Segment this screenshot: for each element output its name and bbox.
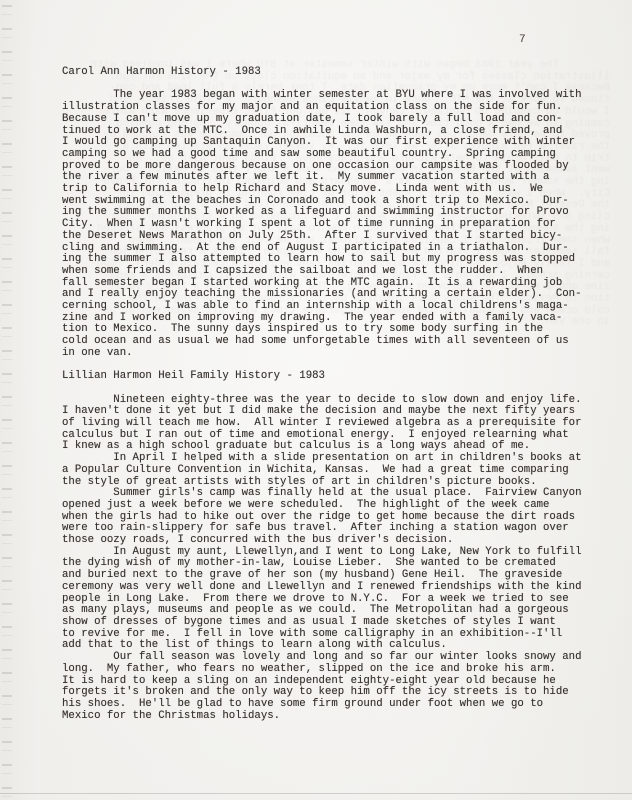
document-content: Carol Ann Harmon History - 1983 The year…: [62, 67, 607, 722]
section-heading: Lillian Harmon Heil Family History - 198…: [62, 371, 607, 383]
section-lillian-harmon-heil-history: Lillian Harmon Heil Family History - 198…: [62, 371, 607, 722]
paragraph: Our fall season was lovely and long and …: [62, 652, 607, 722]
section-heading: Carol Ann Harmon History - 1983: [62, 67, 607, 79]
paragraph: In August my aunt, Llewellyn,and I went …: [62, 547, 607, 652]
paragraph: The year 1983 began with winter semester…: [62, 90, 607, 359]
paragraph: Nineteen eighty-three was the year to de…: [62, 395, 607, 454]
document-page: The year 1983 began with winter semester…: [0, 0, 632, 800]
page-number: 7: [519, 34, 526, 46]
section-carol-ann-harmon-history: Carol Ann Harmon History - 1983 The year…: [62, 67, 607, 360]
torn-paper-edge: [2, 0, 12, 800]
scan-edge-line: [0, 793, 632, 794]
paragraph: Summer girls's camp was finally held at …: [62, 488, 607, 547]
paragraph: In April I helped with a slide presentat…: [62, 453, 607, 488]
